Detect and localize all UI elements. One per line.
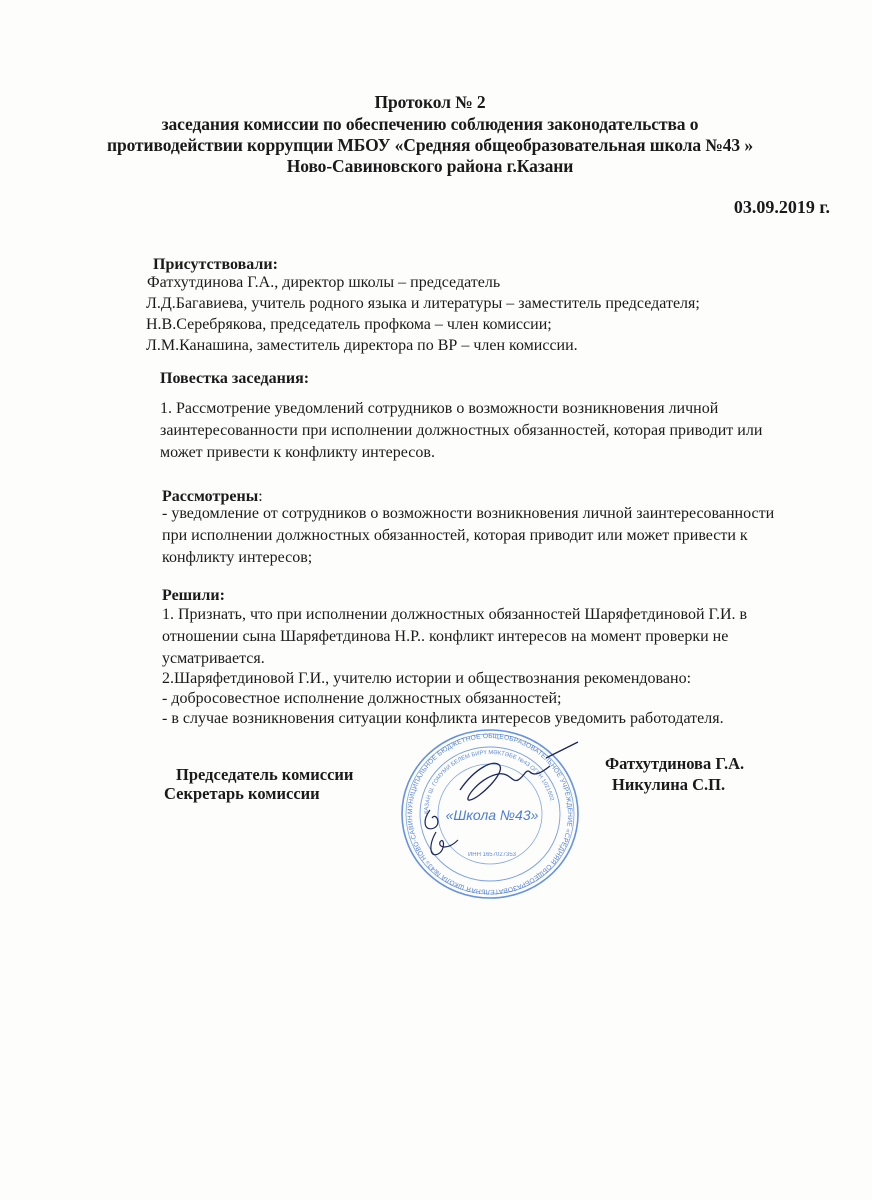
- secretary-role-label: Секретарь комиссии: [164, 783, 320, 804]
- agenda-heading: Повестка заседания:: [160, 368, 309, 389]
- decision-heading: Решили:: [162, 585, 225, 606]
- secretary-name: Никулина С.П.: [612, 774, 725, 795]
- decision-line: - добросовестное исполнение должностных …: [162, 688, 562, 709]
- decision-line: - в случае возникновения ситуации конфли…: [162, 708, 724, 729]
- agenda-line: может привести к конфликту интересов.: [160, 442, 435, 463]
- chair-role-label: Председатель комиссии: [176, 764, 353, 785]
- reviewed-line: конфликту интересов;: [162, 547, 312, 568]
- reviewed-line: - уведомление от сотрудников о возможнос…: [162, 503, 774, 524]
- svg-text:КАЗАН Ш. ГОМУМИ БЕЛЕМ БИРҮ МӘК: КАЗАН Ш. ГОМУМИ БЕЛЕМ БИРҮ МӘКТӘБЕ №43 О…: [424, 750, 554, 814]
- document-date: 03.09.2019 г.: [734, 197, 830, 218]
- decision-line: усматривается.: [162, 648, 265, 669]
- decision-line: отношении сына Шаряфетдинова Н.Р.. конфл…: [162, 626, 728, 647]
- agenda-line: 1. Рассмотрение уведомлений сотрудников …: [160, 398, 718, 419]
- document-title: Протокол № 2: [0, 92, 866, 113]
- attendee-item: Фатхутдинова Г.А., директор школы – пред…: [147, 272, 500, 293]
- attendee-item: Н.В.Серебрякова, председатель профкома –…: [146, 314, 552, 335]
- decision-line: 2.Шаряфетдиновой Г.И., учителю истории и…: [162, 668, 691, 689]
- svg-text:«Школа №43»: «Школа №43»: [446, 807, 539, 823]
- document-subtitle-line-2: противодействии коррупции МБОУ «Средняя …: [0, 135, 866, 156]
- document-subtitle-line-3: Ново-Савиновского района г.Казани: [0, 156, 866, 177]
- attendee-item: Л.Д.Багавиева, учитель родного языка и л…: [146, 293, 700, 314]
- document-subtitle-line-1: заседания комиссии по обеспечению соблюд…: [0, 114, 866, 135]
- decision-line: 1. Признать, что при исполнении должност…: [162, 604, 747, 625]
- school-stamp-icon: МУНИЦИПАЛЬНОЕ БЮДЖЕТНОЕ ОБЩЕОБРАЗОВАТЕЛЬ…: [400, 728, 580, 900]
- chair-name: Фатхутдинова Г.А.: [605, 753, 744, 774]
- svg-text:ИНН 1657027353: ИНН 1657027353: [468, 852, 517, 858]
- agenda-line: заинтересованности при исполнении должно…: [160, 420, 762, 441]
- attendee-item: Л.М.Канашина, заместитель директора по В…: [146, 335, 578, 356]
- reviewed-line: при исполнении должностных обязанностей,…: [162, 525, 748, 546]
